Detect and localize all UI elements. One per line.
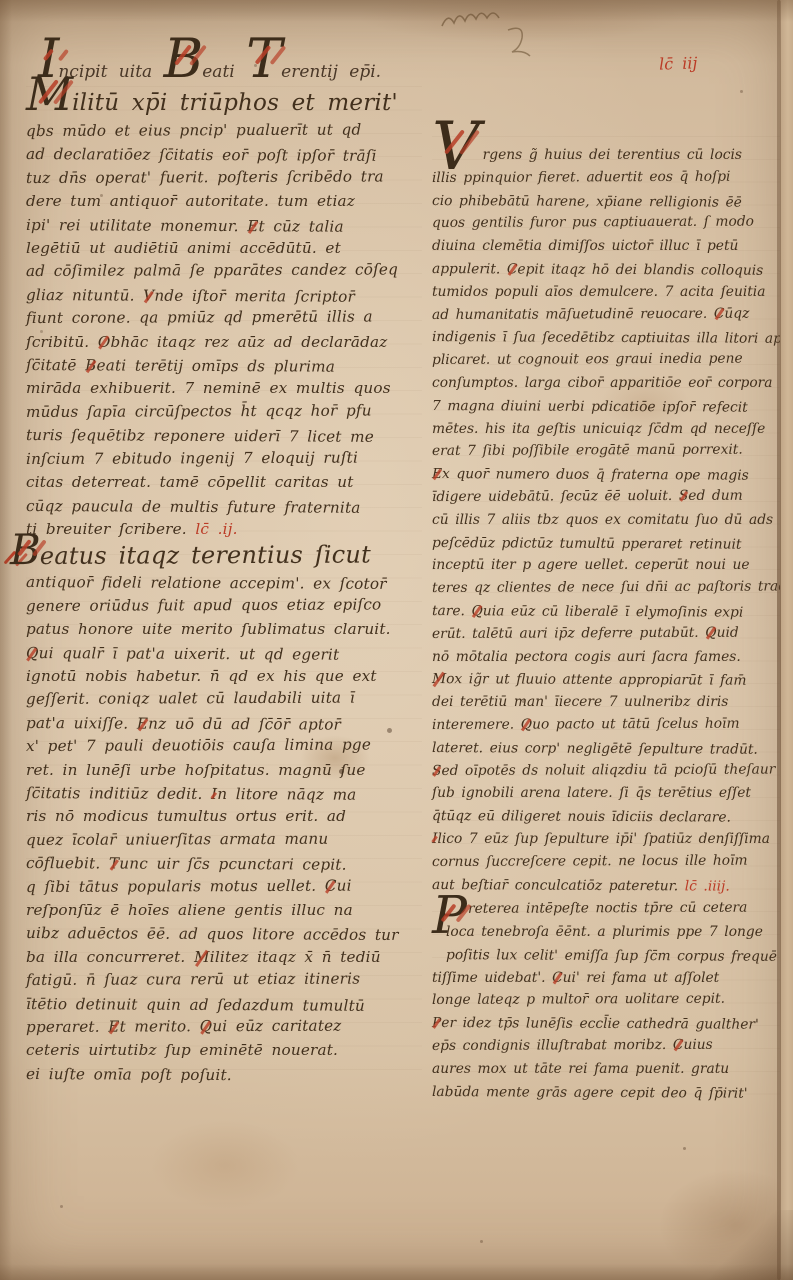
text-line: dei terētiū man' īiecere 7 uulneribz dir… bbox=[432, 691, 784, 714]
rubricated-capital: M bbox=[194, 946, 210, 969]
bottom-edge-shadow bbox=[0, 1264, 793, 1280]
text-line: ti breuiter ſcribere. lc̄ .ij. bbox=[26, 518, 422, 541]
text-line: Qui qualr̄ ī pat'a uixerit. ut qd egerit bbox=[26, 642, 422, 667]
text-line: ba illa concurreret. Militez itaqz x̄ n̄… bbox=[26, 946, 422, 969]
rubric-lectio-3: lc̄ iij bbox=[658, 53, 697, 73]
text-line: inceptū iter p agere uellet. ceperūt nou… bbox=[432, 554, 784, 577]
text-line: patus honore uite merito ſublimatus clar… bbox=[26, 618, 422, 641]
text-line: appulerit. Cepit itaqz hō dei blandis co… bbox=[432, 258, 784, 283]
text-line: Mox ig̃r ut fluuio attente appropiarūt ī… bbox=[432, 668, 784, 693]
rubricated-capital: E bbox=[137, 712, 148, 735]
rubricated-capital: V bbox=[143, 284, 154, 307]
rubricated-capital: C bbox=[552, 967, 563, 990]
text-line: quos gentilis furor pus captiuauerat. ſ … bbox=[432, 211, 784, 235]
text-line: mētes. his ita geſtis unicuiqz ſc̄dm qd … bbox=[432, 418, 784, 441]
rubricated-capital: E bbox=[108, 1016, 119, 1039]
text-line: fatigū. n̄ ſuaz cura rerū ut etiaz itine… bbox=[26, 967, 422, 992]
text-line: lateret. eius corp' negligētē ſepulture … bbox=[432, 737, 784, 762]
text-line: qbs mūdo et eius pncip' pualuerīt ut qd bbox=[26, 118, 422, 143]
rubricated-capital: S bbox=[679, 485, 689, 508]
decorated-initial: T bbox=[246, 27, 281, 90]
rubricated-capital: Q bbox=[471, 600, 482, 623]
rubricated-capital: C bbox=[507, 258, 518, 281]
page-edge-line bbox=[777, 0, 781, 1280]
text-line: Preterea intēpeſte noctis tp̄re cū ceter… bbox=[432, 895, 784, 921]
text-line: genere oriūdus fuit apud quos etiaz epiſ… bbox=[26, 593, 422, 618]
text-line: ad cōſimilez palmā ſe pparātes candez cō… bbox=[26, 259, 422, 284]
text-line: nō mōtalia pectora cogis auri ſacra fame… bbox=[432, 646, 784, 669]
rubricated-capital: C bbox=[325, 874, 337, 897]
parchment-stain bbox=[150, 1120, 300, 1210]
text-line: mūdus ſapīa circūſpectos h̄t qcqz hor̄ p… bbox=[26, 399, 422, 424]
text-line: x' pet' 7 pauli deuotiōis cauſa limina p… bbox=[26, 733, 422, 758]
text-line: ad humanitatis māſuetudinē reuocare. Cūq… bbox=[432, 302, 784, 326]
rubricated-capital: I bbox=[211, 783, 217, 806]
text-line: uibz aduēctos ēē. ad quos litore accēdos… bbox=[26, 922, 422, 947]
rubricated-capital: T bbox=[109, 853, 119, 876]
text-line: longe lateqz p multor̄ ora uolitare cepi… bbox=[432, 988, 784, 1012]
text-line: illis ppinquior fieret. aduertit eos q̄ … bbox=[432, 165, 784, 189]
text-line: pperaret. Et merito. Qui eūz caritatez bbox=[26, 1014, 422, 1039]
text-line: conſumptos. larga cibor̄ apparitiōe eor̄… bbox=[432, 372, 784, 395]
text-line: ſub ignobili arena latere. ſi q̄s terēti… bbox=[432, 782, 784, 805]
text-line: tumidos populi aīos demulcere. 7 acita ſ… bbox=[432, 281, 784, 304]
text-line: quez īcolar̄ uniuerſitas armata manu bbox=[26, 827, 422, 852]
rubricated-capital: I bbox=[432, 828, 437, 851]
text-line: ſcribitū. Obhāc itaqz rez aūz ad declarā… bbox=[26, 331, 422, 354]
text-line: Militū xp̄i triūphos et merit' bbox=[26, 86, 422, 120]
incipit-line: Incipit uita Beati Terentij ep̄i. bbox=[38, 58, 381, 83]
text-line: ſc̄itatis inditiūz dedit. In litore nāqz… bbox=[26, 782, 422, 807]
text-line: Sed oīpotēs ds noluit aliqzdiu tā pcioſū… bbox=[432, 758, 784, 782]
rubricated-capital: E bbox=[432, 463, 442, 486]
rubricated-capital: E bbox=[247, 215, 258, 238]
top-edge-shadow bbox=[0, 0, 793, 22]
text-line: ignotū nobis habetur. n̄ qd ex his que e… bbox=[26, 665, 422, 688]
rubricated-capital: M bbox=[432, 668, 446, 691]
left-edge-shadow bbox=[0, 0, 12, 1280]
text-line: ep̄s condignis illuſtrabat moribz. Cuius bbox=[432, 1034, 784, 1058]
text-line: erat 7 ſibi poſſibile erogātē manū porre… bbox=[432, 439, 784, 463]
text-line: teres qz clientes de nece ſui dn̄i ac pa… bbox=[432, 576, 784, 600]
text-line: Incipit uita Beati Terentij ep̄i. bbox=[38, 58, 381, 83]
next-page-edge bbox=[780, 0, 793, 1280]
text-line: q ſibi tātus popularis motus uellet. Cui bbox=[26, 874, 422, 899]
text-line: īdigere uidebātū. ſecūz ēē uoluit. Sed d… bbox=[432, 484, 784, 508]
rubricated-capital: P bbox=[432, 1012, 441, 1035]
text-line: interemere. Quo pacto ut tātū ſcelus hoī… bbox=[432, 712, 784, 736]
text-line: cū illis 7 aliis tbz quos ex comitatu ſu… bbox=[432, 509, 784, 532]
rubricated-capital: C bbox=[673, 1034, 684, 1057]
text-line: diuina clemētia dimiſſos uictor̄ illuc ī… bbox=[432, 235, 784, 258]
text-line: geſſerit. coniqz ualet cū laudabili uita… bbox=[26, 687, 422, 712]
text-line: ceteris uirtutibz ſup eminētē nouerat. bbox=[26, 1039, 422, 1062]
text-line: aures mox ut tāte rei fama puenit. gratu bbox=[432, 1058, 784, 1081]
decorated-initial: P bbox=[432, 886, 466, 946]
text-line: Beatus itaqz terentius ſicut bbox=[26, 540, 422, 572]
text-line: labūda mente grās agere cepit deo q̄ ſp̄… bbox=[432, 1081, 784, 1106]
text-line: legētiū ut audiētiū animi accēdūtū. et bbox=[26, 237, 422, 260]
decorated-initial: M bbox=[26, 67, 72, 121]
rubricated-capital: C bbox=[714, 302, 725, 325]
rubricated-capital: Q bbox=[200, 1015, 213, 1038]
rubricated-capital: S bbox=[432, 759, 442, 782]
text-line: ei iuſte omīa poſt poſuit. bbox=[26, 1063, 422, 1088]
text-line: loca tenebroſa ēēnt. a plurimis ppe 7 lo… bbox=[432, 921, 784, 944]
rubricated-capital: Q bbox=[26, 642, 39, 665]
text-column-right: Vrgens g̃ huius dei terentius cū locisil… bbox=[432, 136, 784, 1103]
text-line: inſcium 7 ebitudo ingenij 7 eloquij ruſt… bbox=[26, 446, 422, 471]
corner-fold-shadow bbox=[703, 1210, 793, 1280]
rubricated-capital: B bbox=[85, 354, 96, 377]
text-line: tuz dn̄s operat' fuerit. poſteris ſcribē… bbox=[26, 165, 422, 190]
text-line: ris nō modicus tumultus ortus erit. ad bbox=[26, 805, 422, 828]
text-line: reſponſūz ē hoīes aliene gentis illuc na bbox=[26, 899, 422, 922]
text-line: mirāda exhibuerit. 7 neminē ex multis qu… bbox=[26, 377, 422, 400]
text-line: dere tum antiquor̄ autoritate. tum etiaz bbox=[26, 190, 422, 213]
text-line: ret. in lunēſi urbe hoſpitatus. magnū ſu… bbox=[26, 759, 422, 782]
text-line: citas deterreat. tamē cōpellit caritas u… bbox=[26, 471, 422, 494]
text-line: ipi' rei utilitate monemur. Et cūz talia bbox=[26, 214, 422, 239]
text-line: peſcēdūz pdictūz tumultū pperaret retinu… bbox=[432, 532, 784, 557]
decorated-initial: B bbox=[10, 525, 40, 574]
text-line: Vrgens g̃ huius dei terentius cū locis bbox=[432, 136, 784, 167]
text-line: erūt. talētū auri ip̄z deferre putabūt. … bbox=[432, 621, 784, 645]
decorated-initial: B bbox=[164, 27, 203, 90]
text-line: 7 magna diuini uerbi pdicatiōe ipſor̄ re… bbox=[432, 395, 784, 420]
text-column-left: Militū xp̄i triūphos et merit'qbs mūdo e… bbox=[26, 86, 422, 1086]
rubric-text: lc̄ .ij. bbox=[195, 520, 237, 538]
rubricated-capital: O bbox=[98, 331, 111, 354]
pen-trial-curl bbox=[498, 22, 538, 62]
text-line: q̄tūqz eū diligeret nouis īdiciis declar… bbox=[432, 805, 784, 830]
text-line: cornus ſuccreſcere cepit. ne locus ille … bbox=[432, 849, 784, 873]
text-line: ſc̄itatē Beati terētij omīps ds plurima bbox=[26, 354, 422, 379]
text-line: poſitis lux celit' emiſſa ſup ſc̄m corpu… bbox=[432, 944, 784, 969]
text-line: fiunt corone. qa pmiūz qd pmerētū illis … bbox=[26, 306, 422, 331]
text-line: cūqz paucula de multis future fraternita bbox=[26, 495, 422, 520]
rubric-text: lc̄ .iiij. bbox=[685, 878, 730, 894]
rubricated-capital: Q bbox=[705, 621, 716, 644]
text-line: tiſſime uidebat'. Cui' rei fama ut aſſol… bbox=[432, 967, 784, 990]
rubricated-capital: Q bbox=[521, 713, 532, 736]
text-line: plicaret. ut cognouit eos graui inedia p… bbox=[432, 348, 784, 372]
text-line: Ilico 7 eūz ſup ſepulture ip̄i' ſpatiūz … bbox=[432, 828, 784, 851]
manuscript-photo: { "page": { "parchment_color": "#d8c2a6"… bbox=[0, 0, 793, 1280]
